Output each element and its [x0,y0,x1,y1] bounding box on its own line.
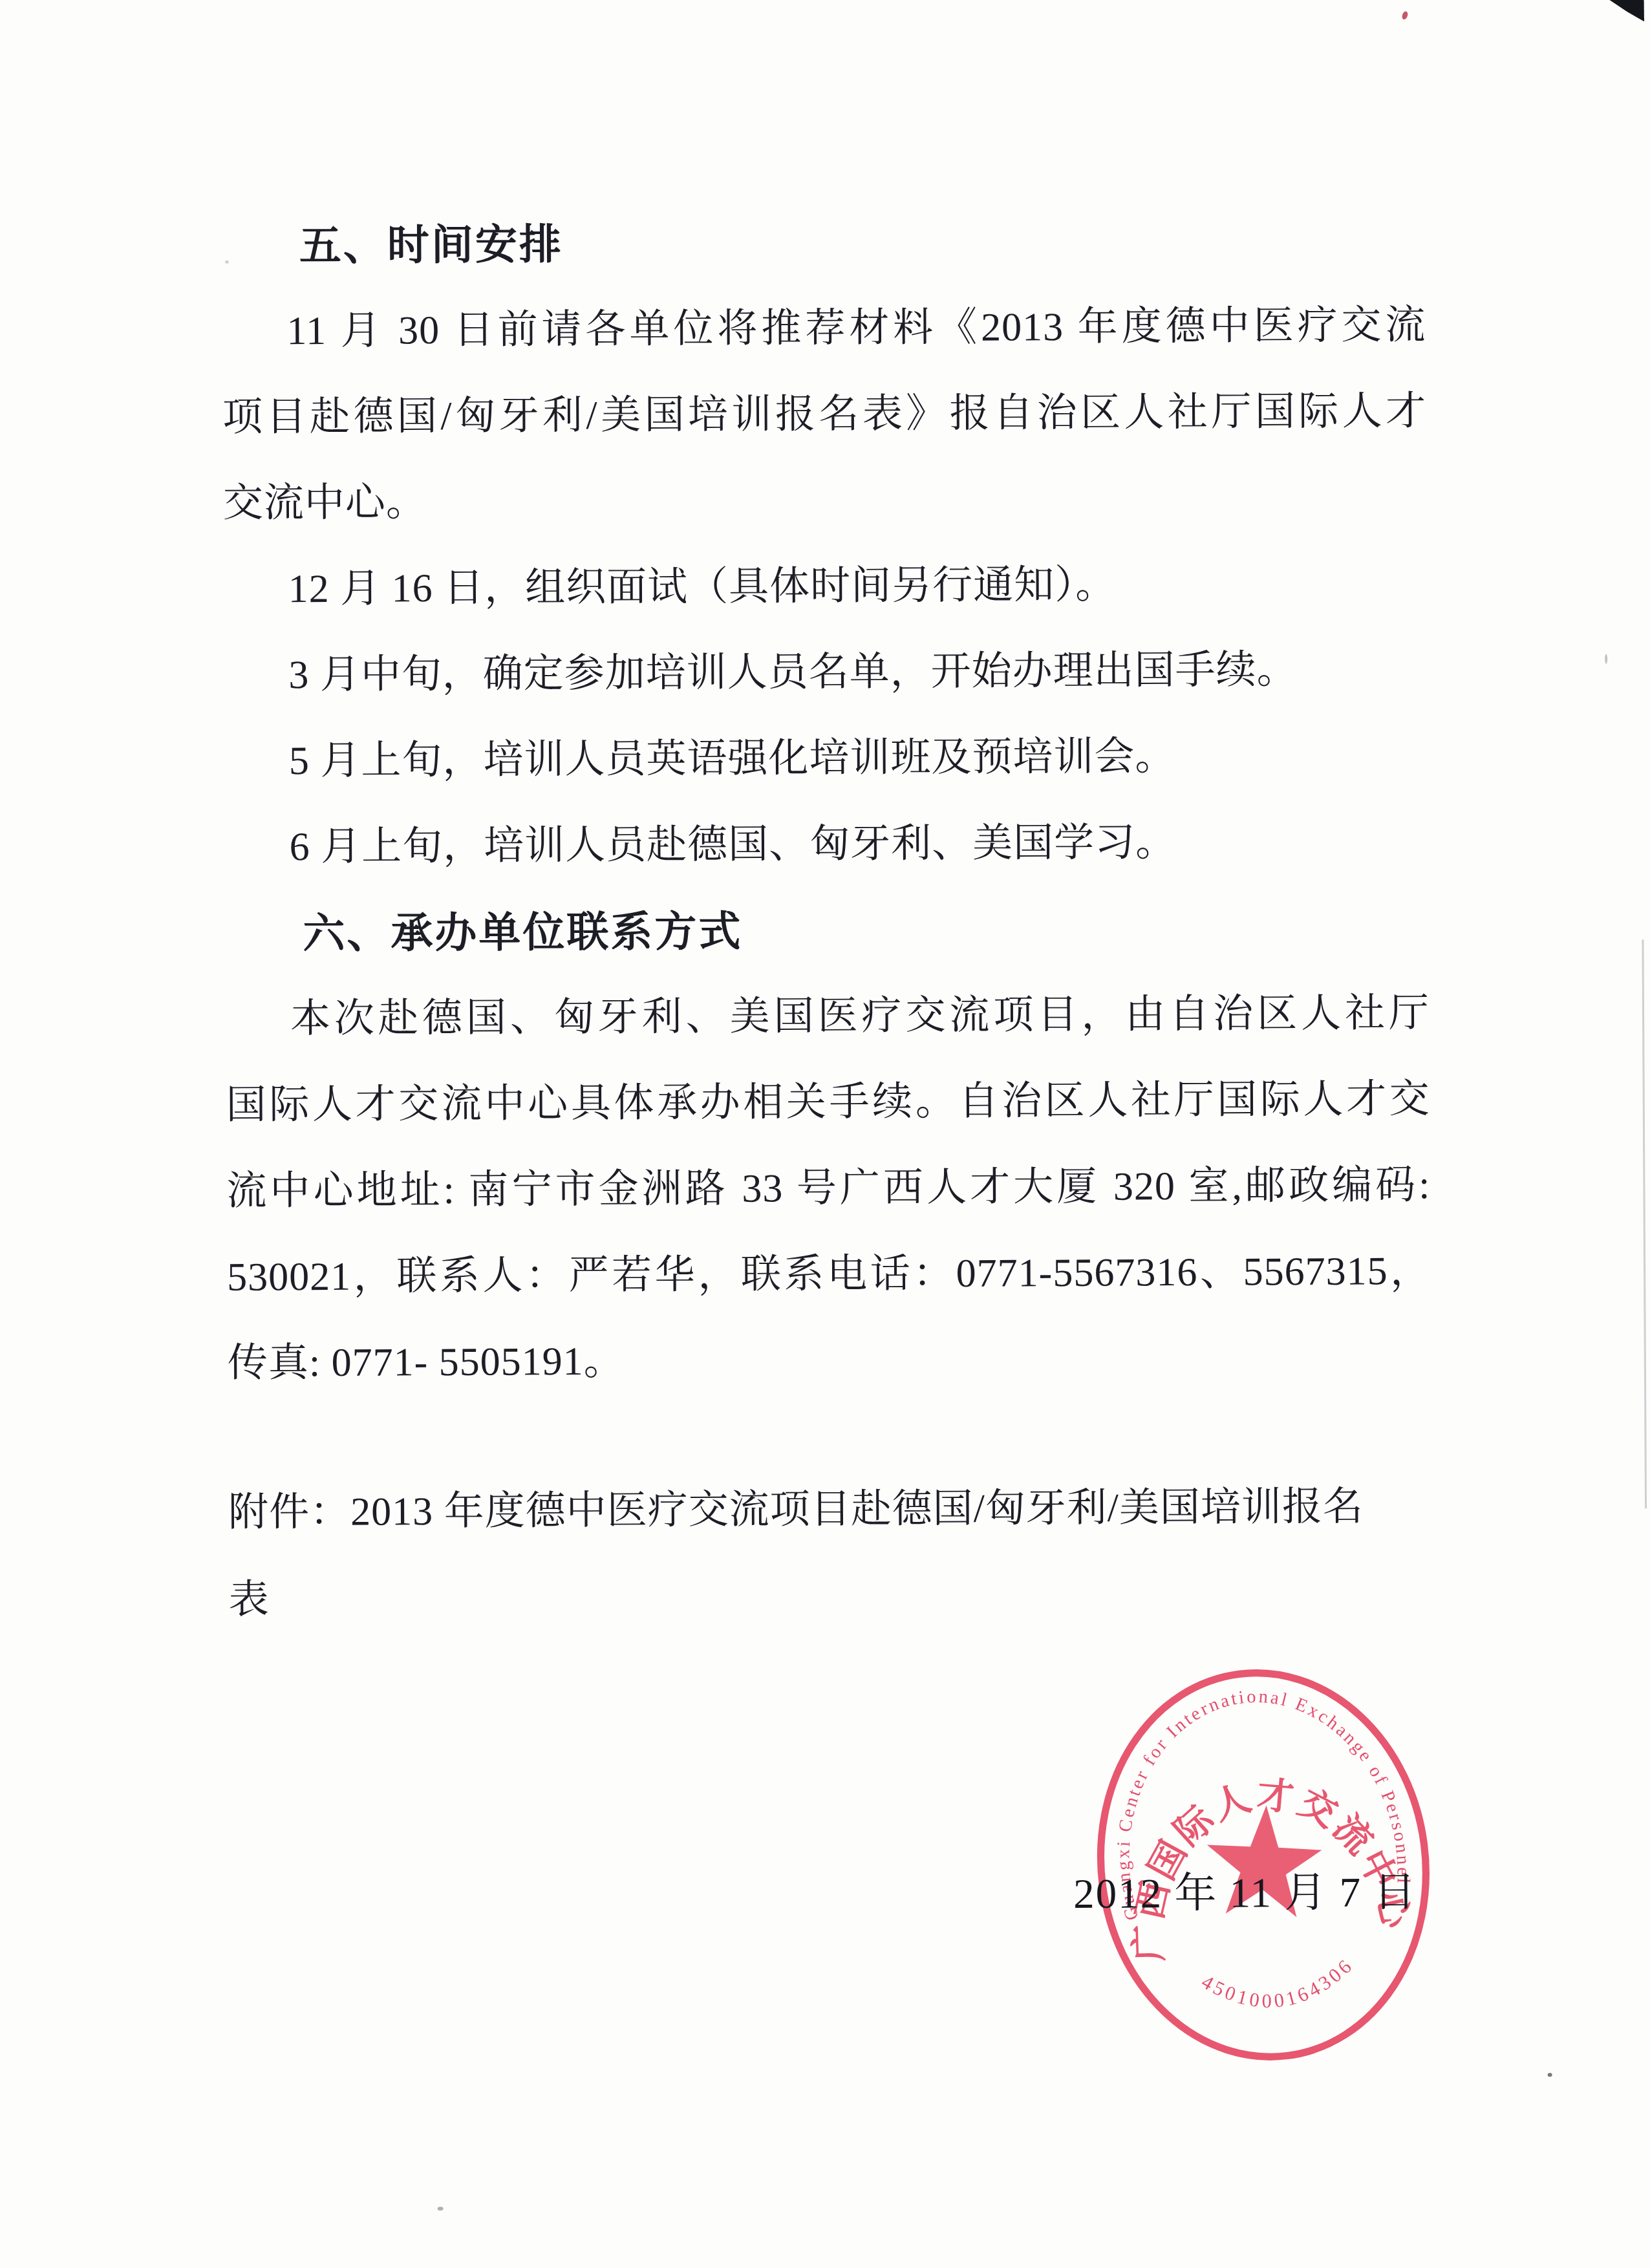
scan-edge-artifact [1642,939,1647,1508]
body-line: 传真: 0771- 5505191。 [228,1334,1431,1387]
body-line: 3 月中旬，确定参加培训人员名单，开始办理出国手续。 [224,647,1428,699]
document-body: 五、时间安排 11 月 30 日前请各单位将推荐材料《2013 年度德中医疗交流… [0,0,1650,2268]
body-line: 11 月 30 日前请各单位将推荐材料《2013 年度德中医疗交流 [222,303,1426,355]
seal-serial-number: 4501000164306 [1195,1952,1362,2022]
body-line: 5 月上旬，培训人员英语强化培训班及预培训会。 [224,733,1428,785]
scan-speck [1548,2073,1552,2077]
document-date: 2012 年 11 月 7 日 [1073,1857,1417,1920]
section-heading-6: 六、承办单位联系方式 [303,904,1506,958]
body-line: 项目赴德国/匈牙利/美国培训报名表》报自治区人社厅国际人才 [222,389,1426,441]
scan-corner-artifact [1607,0,1644,22]
body-line: 国际人才交流中心具体承办相关手续。自治区人社厅国际人才交 [226,1076,1430,1129]
scan-speck [438,2207,444,2210]
body-line: 6 月上旬，培训人员赴德国、匈牙利、美国学习。 [224,818,1428,871]
scan-speck [1401,10,1409,20]
attachment-line: 附件：2013 年度德中医疗交流项目赴德国/匈牙利/美国培训报名 [228,1483,1573,1536]
scan-speck [225,261,229,264]
attachment-line-continued: 表 [229,1571,1433,1623]
scanned-document-page: 五、时间安排 11 月 30 日前请各单位将推荐材料《2013 年度德中医疗交流… [0,0,1650,2268]
scan-speck [1605,654,1607,664]
svg-text:4501000164306: 4501000164306 [1195,1952,1362,2022]
section-heading-5: 五、时间安排 [299,216,1503,270]
body-line: 交流中心。 [223,475,1427,527]
body-line: 本次赴德国、匈牙利、美国医疗交流项目，由自治区人社厅 [226,990,1430,1043]
body-line: 12 月 16 日，组织面试（具体时间另行通知）。 [223,561,1427,613]
body-line: 530021，联系人：严若华，联系电话：0771-5567316、5567315… [227,1248,1431,1301]
body-line: 流中心地址: 南宁市金洲路 33 号广西人才大厦 320 室,邮政编码: [226,1162,1430,1215]
